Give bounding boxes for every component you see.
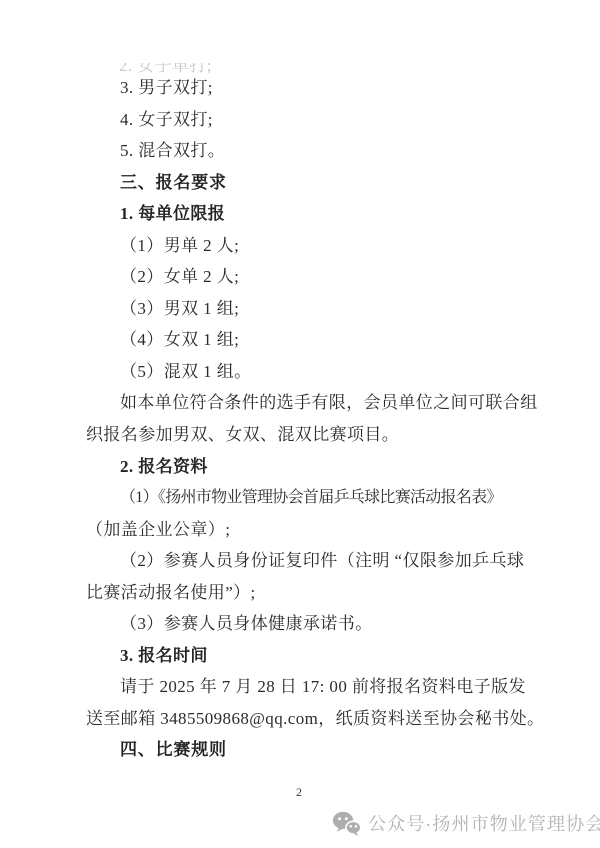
text-line: （4）女双 1 组;: [86, 324, 522, 356]
watermark-label: 公众号·扬州市物业管理协会: [368, 810, 600, 836]
text-line: （2）参赛人员身份证复印件（注明 “仅限参加乒乓球: [86, 545, 522, 577]
text-line: 3. 男子双打;: [86, 72, 522, 104]
text-line: （5）混双 1 组。: [86, 356, 522, 388]
text-line: 1. 每单位限报: [86, 198, 522, 230]
text-line: （加盖企业公章）;: [86, 514, 522, 546]
text-line: 5. 混合双打。: [86, 135, 522, 167]
text-line: 4. 女子双打;: [86, 104, 522, 136]
document-body: 3. 男子双打;4. 女子双打;5. 混合双打。三、报名要求1. 每单位限报（1…: [86, 72, 522, 766]
text-line: （1）《扬州市物业管理协会首届乒乓球比赛活动报名表》: [86, 482, 522, 514]
text-line: （3）参赛人员身体健康承诺书。: [86, 608, 522, 640]
text-line: 四、比赛规则: [86, 734, 522, 766]
text-line: （2）女单 2 人;: [86, 261, 522, 293]
text-line: 3. 报名时间: [86, 640, 522, 672]
text-line: 请于 2025 年 7 月 28 日 17: 00 前将报名资料电子版发: [86, 671, 522, 703]
watermark: 公众号·扬州市物业管理协会: [332, 808, 600, 838]
text-line: 织报名参加男双、女双、混双比赛项目。: [86, 419, 522, 451]
text-line: 送至邮箱 3485509868@qq.com，纸质资料送至协会秘书处。: [86, 703, 522, 735]
wechat-icon: [332, 811, 361, 836]
text-line: 如本单位符合条件的选手有限，会员单位之间可联合组: [86, 387, 522, 419]
text-line: 比赛活动报名使用”）;: [86, 577, 522, 609]
text-line: （3）男双 1 组;: [86, 293, 522, 325]
document-page: 2. 女子单打; 3. 男子双打;4. 女子双打;5. 混合双打。三、报名要求1…: [0, 0, 600, 848]
page-number: 2: [0, 785, 598, 800]
text-line: （1）男单 2 人;: [86, 230, 522, 262]
text-line: 2. 报名资料: [86, 451, 522, 483]
text-line: 三、报名要求: [86, 167, 522, 199]
